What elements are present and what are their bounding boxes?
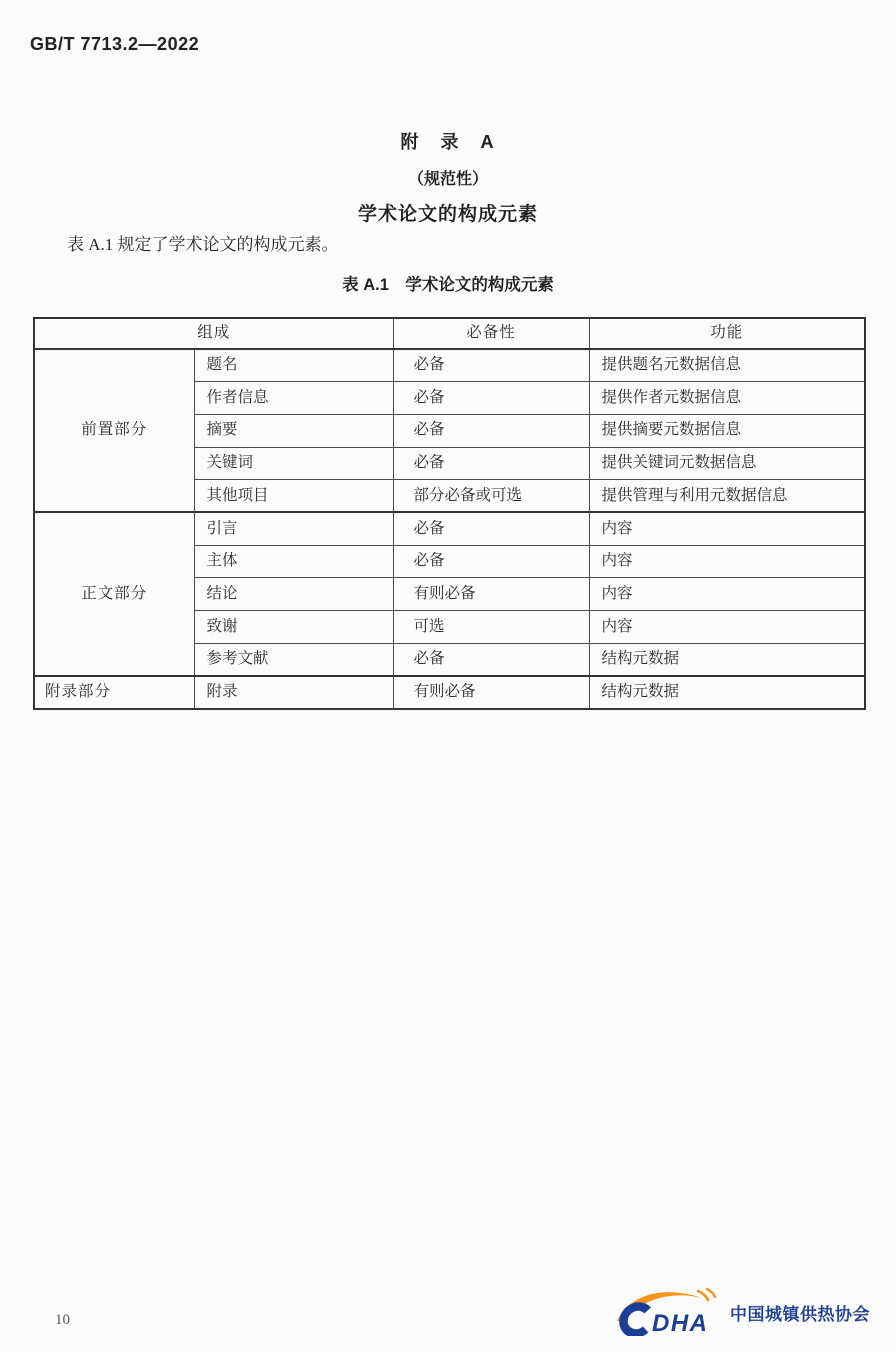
table-cell: 内容 — [589, 512, 865, 545]
org-name: 中国城镇供热协会 — [730, 1300, 870, 1325]
svg-text:DHA: DHA — [652, 1310, 709, 1336]
table-cell: 提供关键词元数据信息 — [589, 447, 865, 480]
table-cell: 其他项目 — [194, 480, 393, 513]
table-cell: 参考文献 — [194, 643, 393, 676]
table-cell: 结论 — [194, 578, 393, 611]
table-cell: 有则必备 — [393, 676, 589, 709]
table-cell: 结构元数据 — [589, 643, 865, 676]
footer-logo: DHA 中国城镇供热协会 — [614, 1288, 870, 1336]
table-row: 正文部分 引言 必备 内容 — [34, 512, 865, 545]
table-cell: 提供作者元数据信息 — [589, 382, 865, 415]
table-cell: 必备 — [393, 382, 589, 415]
appendix-title: 附 录 A — [0, 128, 896, 154]
table-cell: 关键词 — [194, 447, 393, 480]
table-cell: 必备 — [393, 349, 589, 382]
table-cell: 内容 — [589, 545, 865, 578]
table-cell: 致谢 — [194, 611, 393, 644]
table-cell: 必备 — [393, 447, 589, 480]
table-cell: 引言 — [194, 512, 393, 545]
table-row: 附录部分 附录 有则必备 结构元数据 — [34, 676, 865, 709]
table-cell: 附录 — [194, 676, 393, 709]
table-caption: 表 A.1 学术论文的构成元素 — [0, 271, 896, 295]
table-cell: 可选 — [393, 611, 589, 644]
intro-paragraph: 表 A.1 规定了学术论文的构成元素。 — [33, 230, 864, 255]
table-cell: 提供摘要元数据信息 — [589, 414, 865, 447]
table-cell: 内容 — [589, 578, 865, 611]
table-cell: 题名 — [194, 349, 393, 382]
header-composition: 组成 — [34, 318, 393, 349]
group-cell-main-body: 正文部分 — [34, 512, 194, 675]
table-cell: 内容 — [589, 611, 865, 644]
appendix-subtitle: 学术论文的构成元素 — [0, 199, 896, 226]
table-cell: 部分必备或可选 — [393, 480, 589, 513]
group-cell-appendix: 附录部分 — [34, 676, 194, 709]
components-table: 组成 必备性 功能 前置部分 题名 必备 提供题名元数据信息 作者信息 必备 提… — [33, 317, 866, 710]
page-number: 10 — [55, 1312, 70, 1329]
group-cell-front-matter: 前置部分 — [34, 349, 194, 512]
table-cell: 必备 — [393, 414, 589, 447]
table-cell: 必备 — [393, 512, 589, 545]
appendix-normative-label: （规范性） — [0, 166, 896, 189]
table-cell: 主体 — [194, 545, 393, 578]
table-cell: 摘要 — [194, 414, 393, 447]
appendix-title-block: 附 录 A （规范性） 学术论文的构成元素 — [0, 128, 896, 226]
document-page: GB/T 7713.2—2022 附 录 A （规范性） 学术论文的构成元素 表… — [0, 0, 896, 1352]
table-cell: 必备 — [393, 643, 589, 676]
table-cell: 有则必备 — [393, 578, 589, 611]
table-row: 前置部分 题名 必备 提供题名元数据信息 — [34, 349, 865, 382]
header-necessity: 必备性 — [393, 318, 589, 349]
table-cell: 作者信息 — [194, 382, 393, 415]
cdha-logo-icon: DHA — [614, 1288, 722, 1336]
table-cell: 提供管理与利用元数据信息 — [589, 480, 865, 513]
header-function: 功能 — [589, 318, 865, 349]
standard-number: GB/T 7713.2—2022 — [30, 34, 199, 55]
table-cell: 提供题名元数据信息 — [589, 349, 865, 382]
table-cell: 结构元数据 — [589, 676, 865, 709]
table-cell: 必备 — [393, 545, 589, 578]
table-header-row: 组成 必备性 功能 — [34, 318, 865, 349]
